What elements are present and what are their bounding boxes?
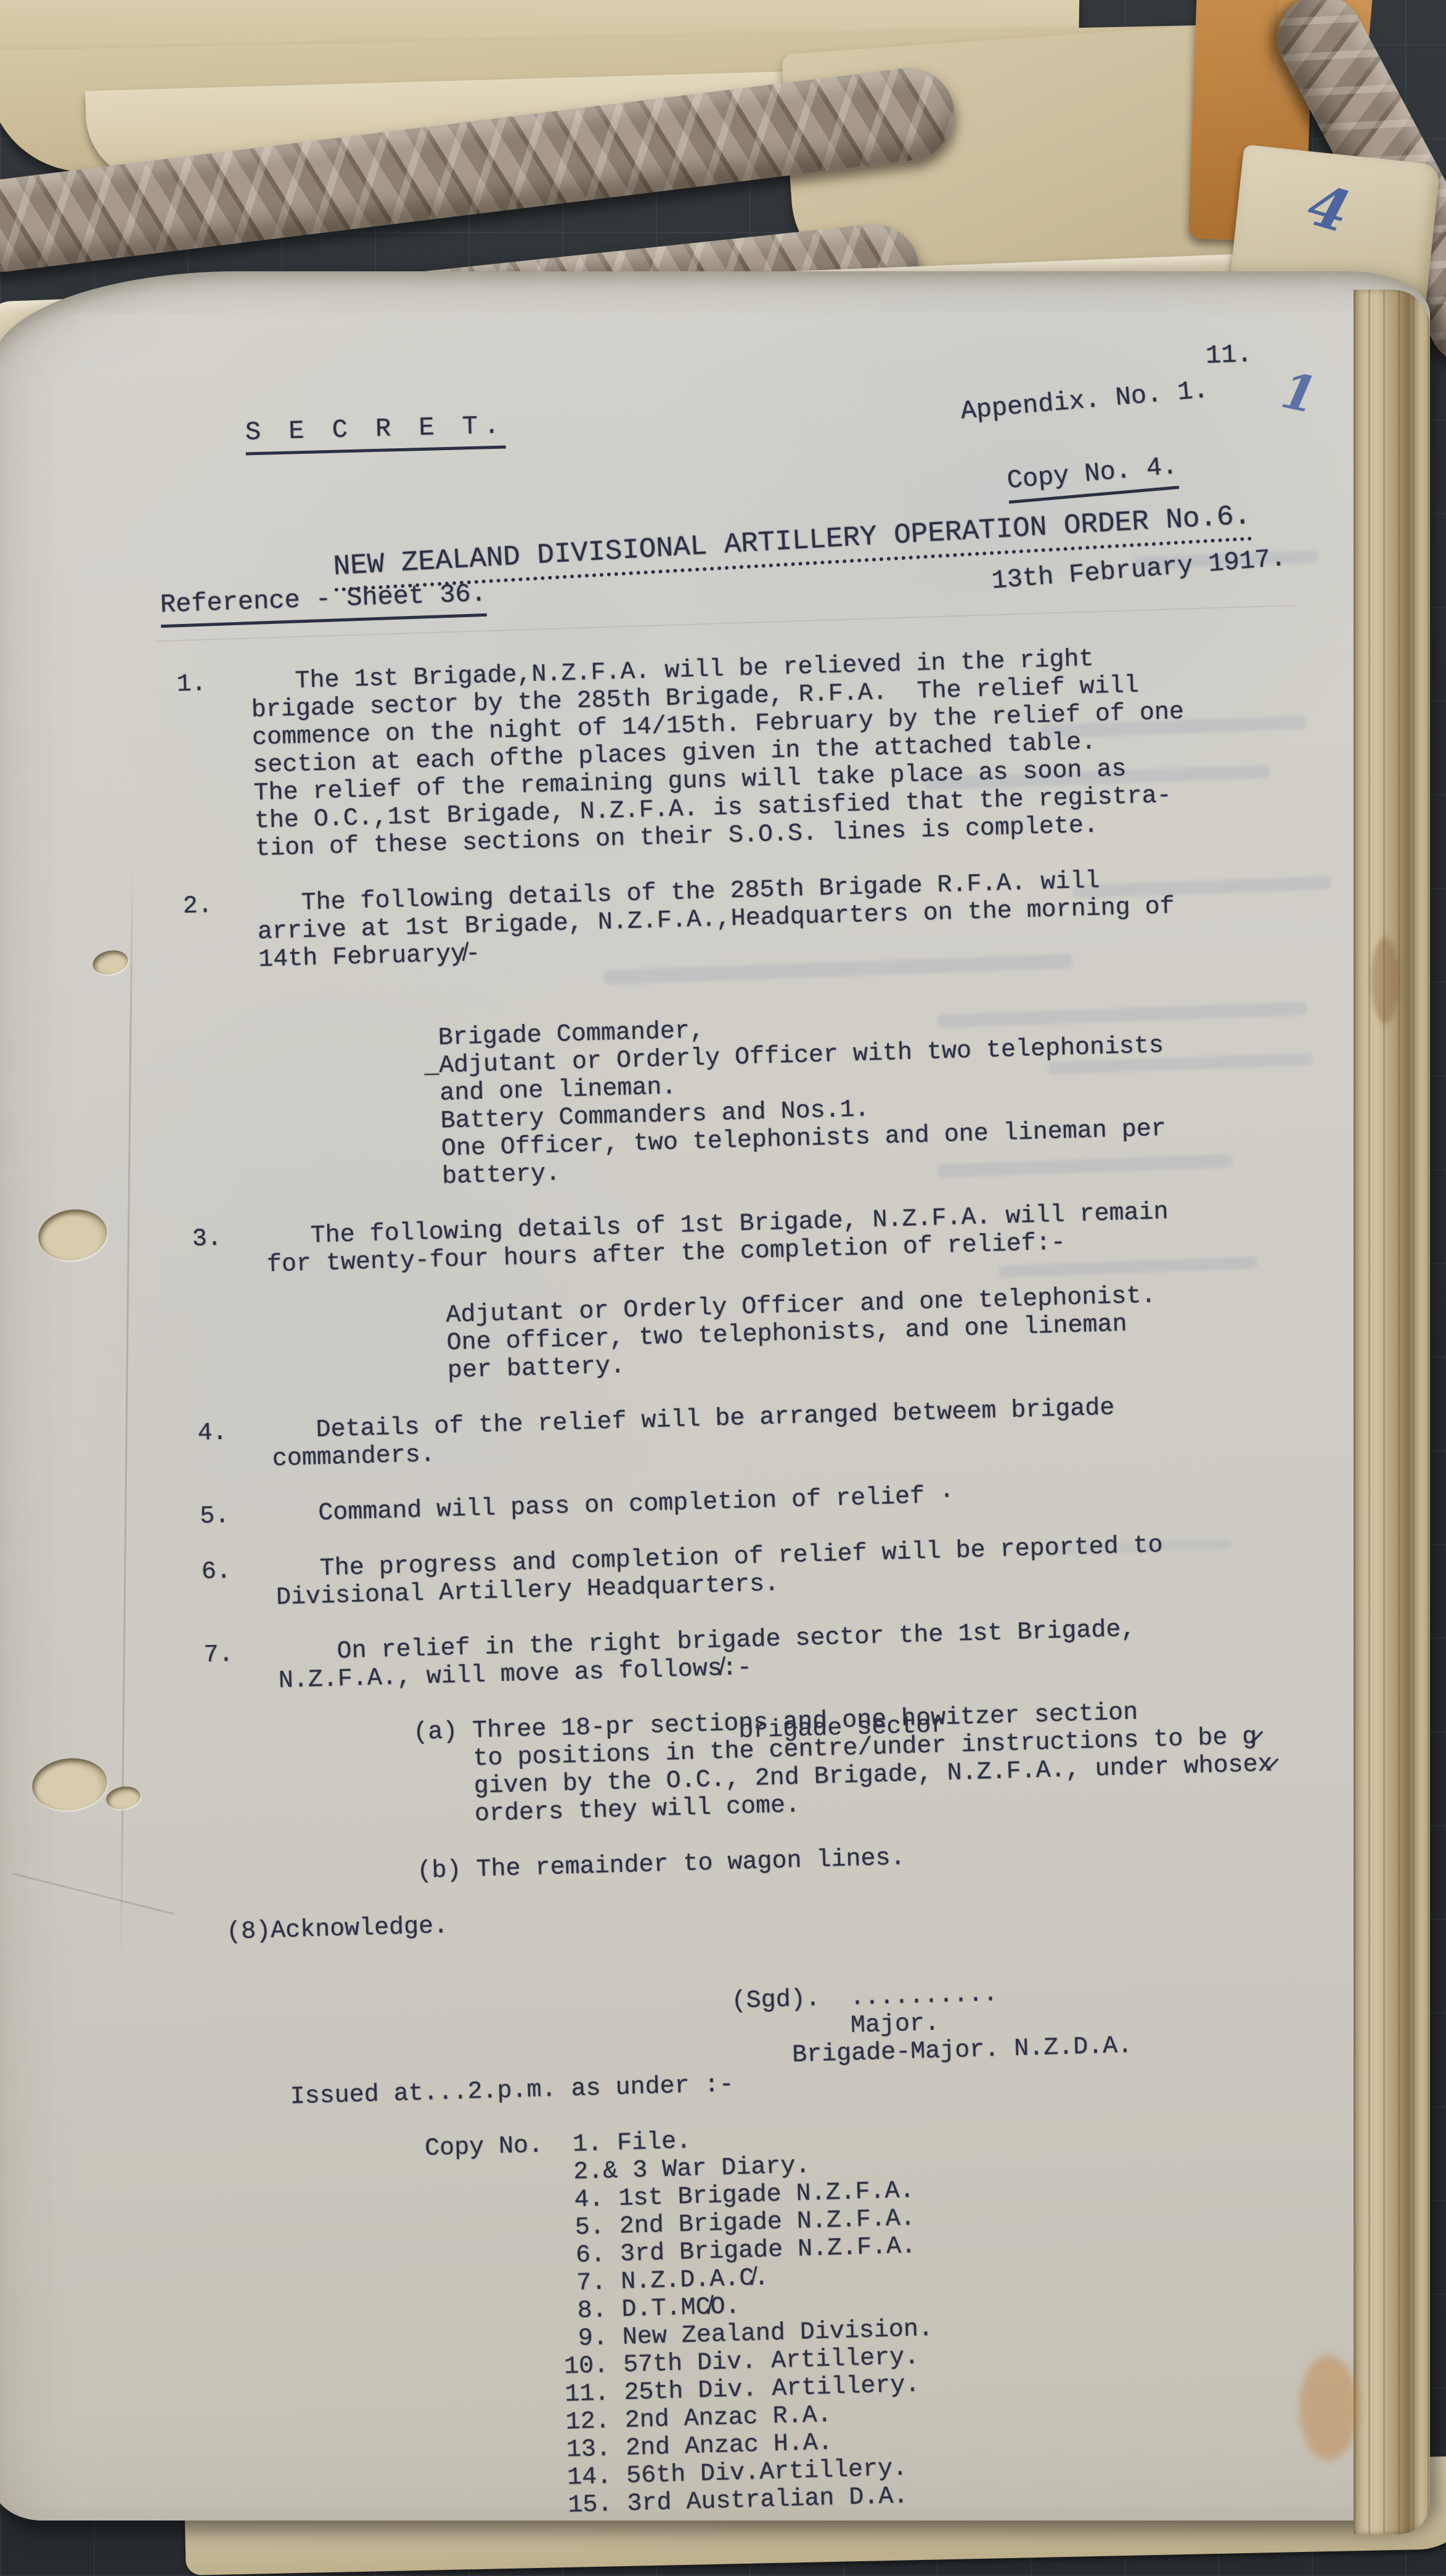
classification-label: S E C R E T. [245,411,506,455]
page-number: 11. [1205,340,1252,371]
photo-of-document: 4 1 11. S E C R E T. Appendix. No. 1. Co… [0,0,1446,2576]
typed-line-list: 1. The 1st Brigade,N.Z.F.A. will be reli… [176,638,1436,2530]
handwritten-page-number: 4 [1301,171,1357,245]
typed-body: 1. The 1st Brigade,N.Z.F.A. will be reli… [176,638,1436,2530]
typed-insertion: brigade sector [738,1712,946,1745]
